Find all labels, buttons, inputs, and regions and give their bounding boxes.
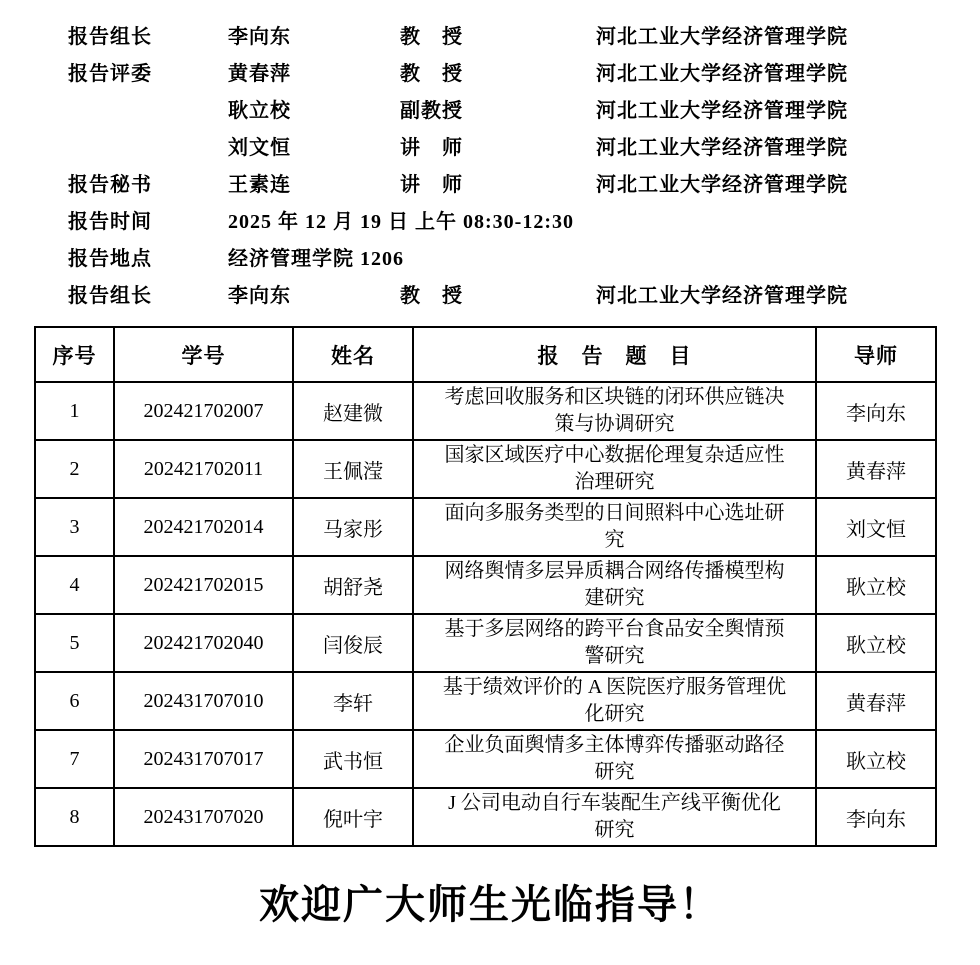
- person-name: 黄春萍: [228, 57, 400, 86]
- cell-no: 3: [35, 498, 114, 556]
- info-row-chair: 报告组长 李向东 教 授 河北工业大学经济管理学院: [68, 16, 980, 53]
- person-name: 耿立校: [228, 94, 400, 123]
- info-row-committee: 耿立校 副教授 河北工业大学经济管理学院: [68, 90, 980, 127]
- cell-name: 赵建微: [293, 382, 413, 440]
- cell-no: 6: [35, 672, 114, 730]
- table-row: 3 202421702014 马家彤 面向多服务类型的日间照料中心选址研 究 刘…: [35, 498, 936, 556]
- person-title: 讲 师: [400, 168, 596, 197]
- person-org: 河北工业大学经济管理学院: [596, 57, 980, 86]
- person-name: 李向东: [228, 279, 400, 308]
- table-row: 2 202421702011 王佩滢 国家区域医疗中心数据伦理复杂适应性 治理研…: [35, 440, 936, 498]
- cell-student-id: 202431707017: [114, 730, 293, 788]
- person-title: 教 授: [400, 57, 596, 86]
- info-label: 报告秘书: [68, 168, 228, 197]
- schedule-table: 序号 学号 姓名 报 告 题 目 导师 1 202421702007 赵建微 考…: [34, 326, 937, 847]
- person-org: 河北工业大学经济管理学院: [596, 20, 980, 49]
- cell-topic: 网络舆情多层异质耦合网络传播模型构 建研究: [413, 556, 816, 614]
- person-name: 刘文恒: [228, 131, 400, 160]
- cell-advisor: 耿立校: [816, 730, 936, 788]
- cell-name: 胡舒尧: [293, 556, 413, 614]
- table-row: 6 202431707010 李轩 基于绩效评价的 A 医院医疗服务管理优 化研…: [35, 672, 936, 730]
- cell-student-id: 202421702011: [114, 440, 293, 498]
- cell-student-id: 202431707010: [114, 672, 293, 730]
- info-row-committee: 刘文恒 讲 师 河北工业大学经济管理学院: [68, 127, 980, 164]
- cell-no: 7: [35, 730, 114, 788]
- table-row: 4 202421702015 胡舒尧 网络舆情多层异质耦合网络传播模型构 建研究…: [35, 556, 936, 614]
- cell-name: 王佩滢: [293, 440, 413, 498]
- cell-advisor: 刘文恒: [816, 498, 936, 556]
- header-no: 序号: [35, 327, 114, 382]
- cell-advisor: 黄春萍: [816, 440, 936, 498]
- cell-advisor: 耿立校: [816, 556, 936, 614]
- person-org: 河北工业大学经济管理学院: [596, 168, 980, 197]
- header-student-id: 学号: [114, 327, 293, 382]
- table-row: 1 202421702007 赵建微 考虑回收服务和区块链的闭环供应链决 策与协…: [35, 382, 936, 440]
- header-name: 姓名: [293, 327, 413, 382]
- info-label: 报告组长: [68, 279, 228, 308]
- cell-advisor: 黄春萍: [816, 672, 936, 730]
- report-time: 2025 年 12 月 19 日 上午 08:30-12:30: [228, 205, 400, 234]
- cell-student-id: 202421702014: [114, 498, 293, 556]
- person-title: 讲 师: [400, 131, 596, 160]
- info-label: 报告组长: [68, 20, 228, 49]
- cell-no: 5: [35, 614, 114, 672]
- person-title: 教 授: [400, 20, 596, 49]
- cell-no: 4: [35, 556, 114, 614]
- cell-student-id: 202431707020: [114, 788, 293, 846]
- cell-topic: 基于绩效评价的 A 医院医疗服务管理优 化研究: [413, 672, 816, 730]
- table-header-row: 序号 学号 姓名 报 告 题 目 导师: [35, 327, 936, 382]
- info-row-chair: 报告组长 李向东 教 授 河北工业大学经济管理学院: [68, 275, 980, 312]
- cell-advisor: 耿立校: [816, 614, 936, 672]
- person-org: 河北工业大学经济管理学院: [596, 131, 980, 160]
- cell-name: 倪叶宇: [293, 788, 413, 846]
- info-row-location: 报告地点 经济管理学院 1206: [68, 238, 980, 275]
- info-label: 报告地点: [68, 242, 228, 271]
- cell-name: 武书恒: [293, 730, 413, 788]
- person-name: 王素连: [228, 168, 400, 197]
- person-name: 李向东: [228, 20, 400, 49]
- header-topic: 报 告 题 目: [413, 327, 816, 382]
- cell-no: 1: [35, 382, 114, 440]
- info-label: 报告评委: [68, 57, 228, 86]
- table-row: 8 202431707020 倪叶宇 J 公司电动自行车装配生产线平衡优化 研究…: [35, 788, 936, 846]
- report-info-section: 报告组长 李向东 教 授 河北工业大学经济管理学院 报告评委 黄春萍 教 授 河…: [0, 0, 980, 312]
- document-page: 报告组长 李向东 教 授 河北工业大学经济管理学院 报告评委 黄春萍 教 授 河…: [0, 0, 980, 965]
- welcome-message: 欢迎广大师生光临指导！: [0, 873, 980, 930]
- cell-topic: 面向多服务类型的日间照料中心选址研 究: [413, 498, 816, 556]
- info-label: 报告时间: [68, 205, 228, 234]
- cell-name: 马家彤: [293, 498, 413, 556]
- info-row-committee: 报告评委 黄春萍 教 授 河北工业大学经济管理学院: [68, 53, 980, 90]
- person-title: 教 授: [400, 279, 596, 308]
- cell-topic: J 公司电动自行车装配生产线平衡优化 研究: [413, 788, 816, 846]
- cell-name: 闫俊辰: [293, 614, 413, 672]
- cell-advisor: 李向东: [816, 788, 936, 846]
- cell-name: 李轩: [293, 672, 413, 730]
- cell-student-id: 202421702015: [114, 556, 293, 614]
- report-location: 经济管理学院 1206: [228, 242, 400, 271]
- info-row-time: 报告时间 2025 年 12 月 19 日 上午 08:30-12:30: [68, 201, 980, 238]
- cell-topic: 基于多层网络的跨平台食品安全舆情预 警研究: [413, 614, 816, 672]
- table-row: 7 202431707017 武书恒 企业负面舆情多主体博弈传播驱动路径 研究 …: [35, 730, 936, 788]
- person-org: 河北工业大学经济管理学院: [596, 94, 980, 123]
- schedule-table-wrap: 序号 学号 姓名 报 告 题 目 导师 1 202421702007 赵建微 考…: [34, 326, 980, 847]
- cell-advisor: 李向东: [816, 382, 936, 440]
- cell-topic: 考虑回收服务和区块链的闭环供应链决 策与协调研究: [413, 382, 816, 440]
- info-row-secretary: 报告秘书 王素连 讲 师 河北工业大学经济管理学院: [68, 164, 980, 201]
- header-advisor: 导师: [816, 327, 936, 382]
- cell-no: 2: [35, 440, 114, 498]
- cell-student-id: 202421702007: [114, 382, 293, 440]
- table-row: 5 202421702040 闫俊辰 基于多层网络的跨平台食品安全舆情预 警研究…: [35, 614, 936, 672]
- cell-topic: 国家区域医疗中心数据伦理复杂适应性 治理研究: [413, 440, 816, 498]
- cell-no: 8: [35, 788, 114, 846]
- person-title: 副教授: [400, 94, 596, 123]
- person-org: 河北工业大学经济管理学院: [596, 279, 980, 308]
- cell-student-id: 202421702040: [114, 614, 293, 672]
- cell-topic: 企业负面舆情多主体博弈传播驱动路径 研究: [413, 730, 816, 788]
